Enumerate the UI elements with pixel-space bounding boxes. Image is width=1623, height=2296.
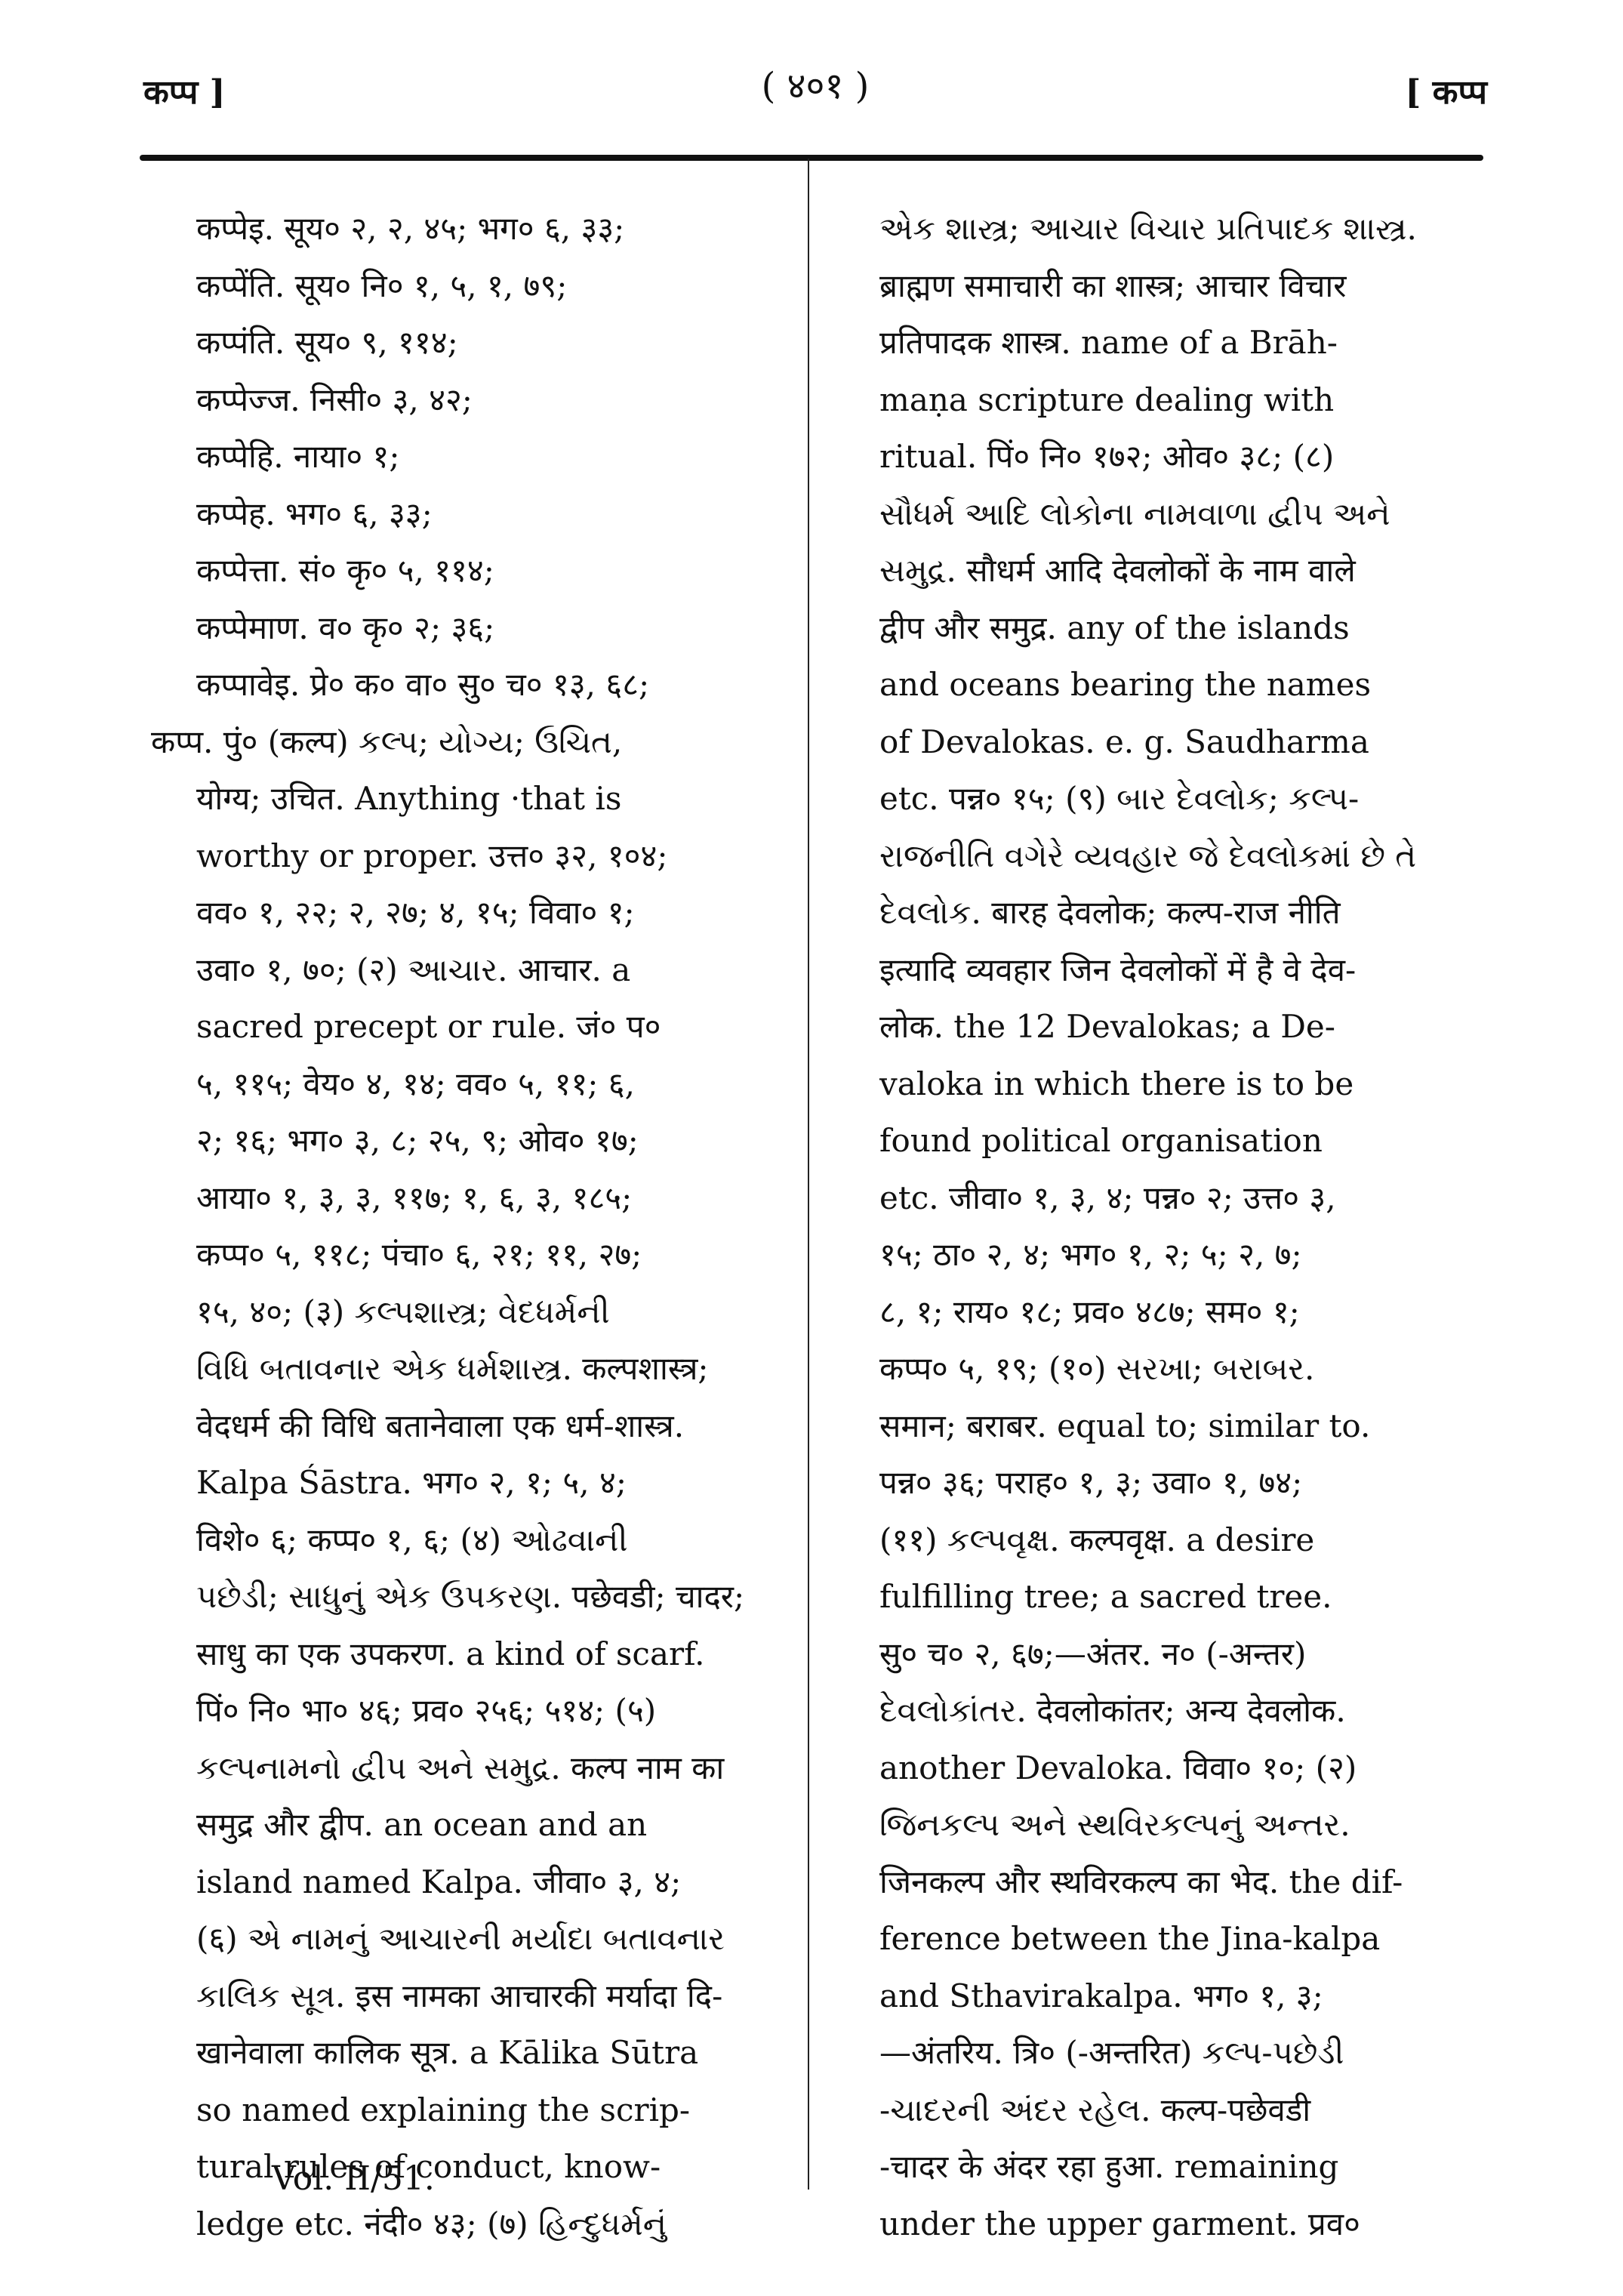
entry-line: island named Kalpa. जीवा० ३, ४; <box>151 1854 785 1911</box>
entry-line: સૌધર્મ આદિ લોકોના નામવાળા દ્વીપ અને <box>879 485 1468 543</box>
entry-line: कप्पावेइ. प्रे० क० वा० सु० च० १३, ६८; <box>151 656 785 713</box>
entry-line: कप्पेहि. नाया० १; <box>151 428 785 485</box>
entry-line: ५, ११५; वेय० ४, १४; वव० ५, ११; ६, <box>151 1056 785 1113</box>
entry-line: ब्राह्मण समाचारी का शास्त्र; आचार विचार <box>879 257 1468 315</box>
entry-line: विशे० ६; कप्प० १, ६; (४) ઓઢવાની <box>151 1512 785 1569</box>
entry-line: पिं० नि० भा० ४६; प्रव० २५६; ५१४; (५) <box>151 1682 785 1740</box>
entry-line: (११) કલ્પવૃક્ષ. कल्पवृक्ष. a desire <box>879 1512 1468 1569</box>
entry-line: રાજનીતિ વગેરે વ્યવહાર જે દેવલોકમાં છે તે <box>879 827 1468 885</box>
entry-line: कप्पेह. भग० ६, ३३; <box>151 485 785 543</box>
entry-line: Kalpa Śāstra. भग० २, १; ५, ४; <box>151 1454 785 1512</box>
left-column: कप्पेइ. सूय० २, २, ४५; भग० ६, ३३;कप्पेंत… <box>151 200 785 2252</box>
entry-line: समुद्र और द्वीप. an ocean and an <box>151 1796 785 1854</box>
entry-line: योग्य; उचित. Anything ·that is <box>151 770 785 827</box>
entry-line: જિનકલ્પ અને સ્થવિરકલ્પનું અન્તર. <box>879 1796 1468 1854</box>
entry-line: कप्प० ५, ११८; पंचा० ६, २१; ११, २७; <box>151 1226 785 1284</box>
entry-line: another Devaloka. विवा० १०; (२) <box>879 1740 1468 1797</box>
entry-line: sacred precept or rule. जं० प० <box>151 998 785 1056</box>
entry-line: खानेवाला कालिक सूत्र. a Kālika Sūtra <box>151 2024 785 2082</box>
entry-line: પછેડી; સાધુનું એક ઉપકરણ. पछेवडी; चादर; <box>151 1568 785 1626</box>
entry-line: जिनकल्प और स्थविरकल्प का भेद. the dif- <box>879 1854 1468 1911</box>
entry-line: कप्पेइ. सूय० २, २, ४५; भग० ६, ३३; <box>151 200 785 257</box>
entry-line: उवा० १, ७०; (२) આચાર. आचार. a <box>151 942 785 999</box>
entry-line: કાલિક સૂત્ર. इस नामका आचारकी मर्यादा दि- <box>151 1968 785 2025</box>
entry-line: वेदधर्म की विधि बतानेवाला एक धर्म-शास्त्… <box>151 1398 785 1455</box>
entry-line: कप्पेत्ता. सं० कृ० ५, ११४; <box>151 542 785 599</box>
entry-line: એક શાસ્ત્ર; આચાર વિચાર પ્રતિપાદક શાસ્ત્ર… <box>879 200 1468 257</box>
entry-line: so named explaining the scrip- <box>151 2082 785 2139</box>
entry-line: १५, ४०; (३) કલ્પશાસ્ત્ર; વેદધર્મની <box>151 1284 785 1341</box>
page-header: कप्प ] ( ४०१ ) [ कप्प <box>143 60 1487 128</box>
column-divider <box>808 159 809 2190</box>
entry-line: १५; ठा० २, ४; भग० १, २; ५; २, ७; <box>879 1226 1468 1284</box>
entry-line: -चादर के अंदर रहा हुआ. remaining <box>879 2138 1468 2196</box>
entry-line: लोक. the 12 Devalokas; a De- <box>879 998 1468 1056</box>
entry-line: ८, १; राय० १८; प्रव० ४८७; सम० १; <box>879 1284 1468 1341</box>
entry-line: વિધિ બતાવનાર એક ધર્મશાસ્ત્ર. कल्पशास्त्र… <box>151 1340 785 1398</box>
entry-line: साधु का एक उपकरण. a kind of scarf. <box>151 1626 785 1683</box>
entry-line: maṇa scripture dealing with <box>879 371 1468 429</box>
entry-line: इत्यादि व्यवहार जिन देवलोकों में है वे द… <box>879 942 1468 999</box>
entry-line: સમુદ્ર. सौधर्म आदि देवलोकों के नाम वाले <box>879 542 1468 599</box>
entry-line: (६) એ નામનું આચારની મર્યાદા બતાવનાર <box>151 1910 785 1968</box>
entry-line: under the upper garment. प्रव० <box>879 2196 1468 2253</box>
entry-line: and oceans bearing the names <box>879 656 1468 713</box>
entry-line: -ચાદરની અંદર રહેલ. कल्प-पछेवडी <box>879 2082 1468 2139</box>
entry-line: कप्पेज्ज. निसी० ३, ४२; <box>151 371 785 429</box>
entry-line: —अंतरिय. त्रि० (-अन्तरित) કલ્પ-પછેડી <box>879 2024 1468 2082</box>
entry-line: ledge etc. नंदी० ४३; (७) હિન્દુધર્મનું <box>151 2196 785 2253</box>
entry-line: वव० १, २२; २, २७; ४, १५; विवा० १; <box>151 884 785 942</box>
entry-line: and Sthavirakalpa. भग० १, ३; <box>879 1968 1468 2025</box>
entry-line: valoka in which there is to be <box>879 1056 1468 1113</box>
page-number: ( ४०१ ) <box>143 60 1487 109</box>
entry-line: पन्न० ३६; पराह० १, ३; उवा० १, ७४; <box>879 1454 1468 1512</box>
entry-line: कप्पेमाण. व० कृ० २; ३६; <box>151 599 785 657</box>
entry-line: worthy or proper. उत्त० ३२, १०४; <box>151 827 785 885</box>
entry-line: कप्पेंति. सूय० नि० १, ५, १, ७९; <box>151 257 785 315</box>
entry-line: ritual. पिं० नि० १७२; ओव० ३८; (८) <box>879 428 1468 485</box>
right-guide-word: [ कप्प <box>1406 68 1487 113</box>
entry-headword-line: कप्प. पुं० (कल्प) કલ્પ; યોગ્ય; ઉચિત, <box>151 713 785 771</box>
entry-line: आया० १, ३, ३, ११७; १, ६, ३, १८५; <box>151 1170 785 1227</box>
entry-line: समान; बराबर. equal to; similar to. <box>879 1398 1468 1455</box>
entry-line: ference between the Jina-kalpa <box>879 1910 1468 1968</box>
entry-line: कप्प० ५, १९; (१०) સરખા; બરાબર. <box>879 1340 1468 1398</box>
entry-line: found political organisation <box>879 1112 1468 1170</box>
right-column: એક શાસ્ત્ર; આચાર વિચાર પ્રતિપાદક શાસ્ત્ર… <box>879 200 1468 2252</box>
entry-line: of Devalokas. e. g. Saudharma <box>879 713 1468 771</box>
entry-line: દેવલોક. बारह देवलोक; कल्प-राज नीति <box>879 884 1468 942</box>
entry-line: कप्पंति. सूय० ९, ११४; <box>151 314 785 371</box>
entry-line: द्वीप और समुद्र. any of the islands <box>879 599 1468 657</box>
entry-line: etc. जीवा० १, ३, ४; पन्न० २; उत्त० ३, <box>879 1170 1468 1227</box>
entry-line: २; १६; भग० ३, ८; २५, ९; ओव० १७; <box>151 1112 785 1170</box>
volume-signature: Vol. II/51. <box>272 2159 435 2198</box>
entry-line: દેવલોકાંતર. देवलोकांतर; अन्य देवलोक. <box>879 1682 1468 1740</box>
entry-line: सु० च० २, ६७;—अंतर. न० (-अन्तर) <box>879 1626 1468 1683</box>
entry-line: fulfilling tree; a sacred tree. <box>879 1568 1468 1626</box>
entry-line: tural rules of conduct, know- <box>151 2138 785 2196</box>
header-rule <box>140 155 1483 161</box>
entry-line: प्रतिपादक शास्त्र. name of a Brāh- <box>879 314 1468 371</box>
entry-line: etc. पन्न० १५; (९) બાર દેવલોક; કલ્પ- <box>879 770 1468 827</box>
entry-line: કલ્પનામનો દ્વીપ અને સમુદ્ર. कल्प नाम का <box>151 1740 785 1797</box>
